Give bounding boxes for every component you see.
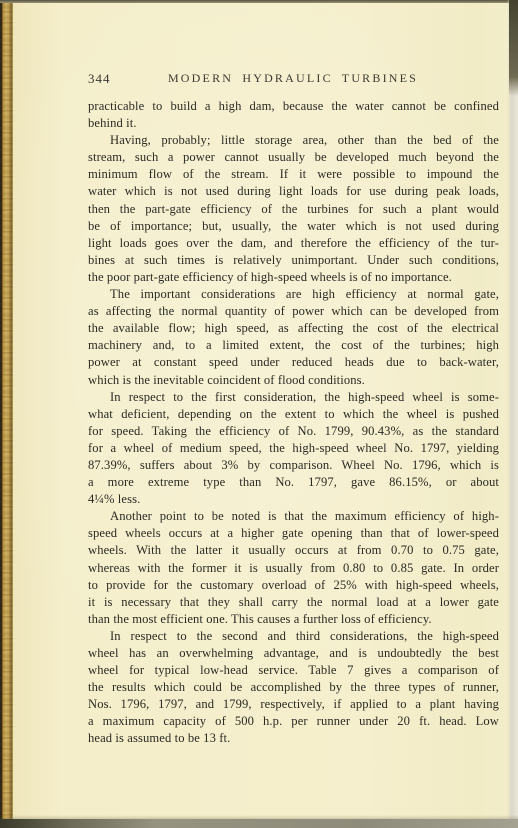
text-line: bines at such times is relatively unimpo…	[88, 252, 499, 269]
text-line: whereas with the former it is usually fr…	[88, 560, 499, 577]
text-line: Nos. 1796, 1797, and 1799, respectively,…	[88, 696, 499, 713]
text-line: as affecting the normal quantity of powe…	[88, 303, 499, 320]
text-line: a more extreme type than No. 1797, gave …	[88, 474, 499, 491]
text-line: it is necessary that they shall carry th…	[88, 594, 499, 611]
text-line: stream, such a power cannot usually be d…	[88, 149, 499, 166]
text-line: the poor part-gate efficiency of high-sp…	[88, 269, 499, 286]
text-line: machinery and, to a limited extent, the …	[88, 337, 499, 354]
text-line: Another point to be noted is that the ma…	[88, 508, 499, 525]
text-line: The important considerations are high ef…	[88, 286, 499, 303]
running-head: 344 MODERN HYDRAULIC TURBINES	[88, 71, 498, 86]
text-line: wheel has an overwhelming advantage, and…	[88, 645, 499, 662]
text-line: for a wheel of medium speed, the high-sp…	[88, 440, 499, 457]
text-line: power at constant speed under reduced he…	[88, 354, 499, 371]
text-line: than the most efficient one. This causes…	[88, 611, 499, 628]
text-line: water which is not used during light loa…	[88, 183, 499, 200]
text-line: wheel for typical low-head service. Tabl…	[88, 662, 499, 679]
text-line: behind it.	[88, 115, 499, 132]
text-line: speed wheels occurs at a higher gate ope…	[88, 525, 499, 542]
text-line: wheels. With the latter it usually occur…	[88, 542, 499, 559]
text-line: to provide for the customary overload of…	[88, 577, 499, 594]
text-line: what deficient, depending on the extent …	[88, 406, 499, 423]
text-line: light loads goes over the dam, and there…	[88, 235, 499, 252]
paragraph: In respect to the first consideration, t…	[88, 389, 499, 509]
paragraph: In respect to the second and third consi…	[88, 628, 499, 748]
text-line: for speed. Taking the efficiency of No. …	[88, 423, 499, 440]
page-edge-left-binding	[0, 0, 13, 828]
page-edge-right-shadow	[509, 0, 518, 96]
running-head-title: MODERN HYDRAULIC TURBINES	[88, 71, 498, 86]
text-line: which is the inevitable coincident of fl…	[88, 372, 499, 389]
text-line: 4¼% less.	[88, 491, 499, 508]
page-body: practicable to build a high dam, because…	[88, 98, 499, 748]
paragraph: The important considerations are high ef…	[88, 286, 499, 389]
page-number: 344	[88, 71, 111, 87]
page-edge-right	[507, 0, 518, 828]
text-line: 87.39%, suffers about 3% by comparison. …	[88, 457, 499, 474]
page-edge-bottom	[0, 819, 518, 828]
text-line: In respect to the second and third consi…	[88, 628, 499, 645]
text-line: the available flow; high speed, as affec…	[88, 320, 499, 337]
text-line: Having, probably; little storage area, o…	[88, 132, 499, 149]
text-line: head is assumed to be 13 ft.	[88, 730, 499, 747]
paragraph: practicable to build a high dam, because…	[88, 98, 499, 132]
paragraph: Having, probably; little storage area, o…	[88, 132, 499, 286]
text-line: then the part-gate efficiency of the tur…	[88, 201, 499, 218]
book-page: 344 MODERN HYDRAULIC TURBINES practicabl…	[0, 0, 518, 828]
text-line: the results which could be accomplished …	[88, 679, 499, 696]
text-line: minimum flow of the stream. If it were p…	[88, 166, 499, 183]
text-line: a maximum capacity of 500 h.p. per runne…	[88, 713, 499, 730]
page-edge-top	[0, 0, 518, 3]
paragraph: Another point to be noted is that the ma…	[88, 508, 499, 628]
text-line: be of importance; but, usually, the wate…	[88, 218, 499, 235]
text-line: In respect to the first consideration, t…	[88, 389, 499, 406]
text-line: practicable to build a high dam, because…	[88, 98, 499, 115]
